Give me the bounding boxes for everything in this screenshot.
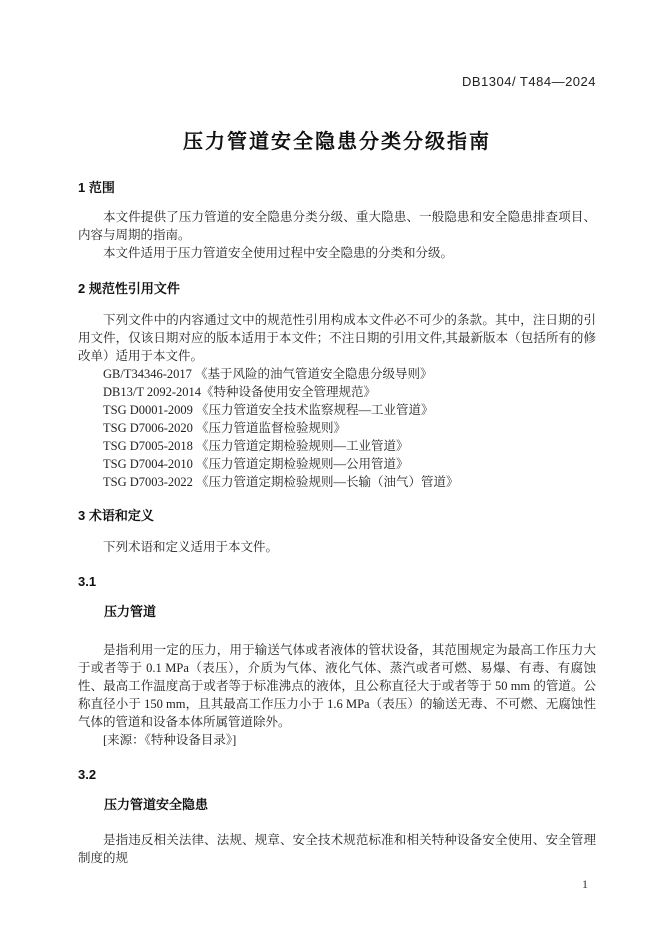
reference-item: TSG D7003-2022 《压力管道定期检验规则—长输（油气）管道》 xyxy=(78,473,596,491)
section-1-paragraph-2: 本文件适用于压力管道安全使用过程中安全隐患的分类和分级。 xyxy=(78,244,596,262)
reference-item: TSG D7005-2018 《压力管道定期检验规则—工业管道》 xyxy=(78,437,596,455)
term-3-1-number: 3.1 xyxy=(78,573,596,590)
document-content: DB1304/ T484—2024 压力管道安全隐患分类分级指南 1 范围 本文… xyxy=(0,74,662,892)
document-page: DB1304/ T484—2024 压力管道安全隐患分类分级指南 1 范围 本文… xyxy=(0,0,662,936)
section-2-heading: 2 规范性引用文件 xyxy=(78,280,596,297)
reference-item: GB/T34346-2017 《基于风险的油气管道安全隐患分级导则》 xyxy=(78,365,596,383)
reference-item: TSG D7006-2020 《压力管道监督检验规则》 xyxy=(78,419,596,437)
reference-item: TSG D0001-2009 《压力管道安全技术监察规程—工业管道》 xyxy=(78,401,596,419)
section-1-paragraph-1: 本文件提供了压力管道的安全隐患分类分级、重大隐患、一般隐患和安全隐患排查项目、内… xyxy=(78,208,596,244)
term-3-1-source: [来源：《特种设备目录》] xyxy=(78,731,596,749)
reference-list: GB/T34346-2017 《基于风险的油气管道安全隐患分级导则》 DB13/… xyxy=(78,365,596,491)
term-3-1-name: 压力管道 xyxy=(78,603,596,621)
section-1-heading: 1 范围 xyxy=(78,179,596,196)
section-3-intro: 下列术语和定义适用于本文件。 xyxy=(78,538,596,556)
document-number: DB1304/ T484—2024 xyxy=(78,74,596,90)
term-3-2-definition: 是指违反相关法律、法规、规章、安全技术规范标准和相关特种设备安全使用、安全管理制… xyxy=(78,831,596,867)
section-3-heading: 3 术语和定义 xyxy=(78,507,596,524)
reference-item: TSG D7004-2010 《压力管道定期检验规则—公用管道》 xyxy=(78,455,596,473)
reference-item: DB13/T 2092-2014《特种设备使用安全管理规范》 xyxy=(78,383,596,401)
section-2-paragraph-1: 下列文件中的内容通过文中的规范性引用构成本文件必不可少的条款。其中，注日期的引用… xyxy=(78,311,596,365)
document-title: 压力管道安全隐患分类分级指南 xyxy=(78,129,596,156)
term-3-2-number: 3.2 xyxy=(78,766,596,783)
page-number: 1 xyxy=(78,876,596,892)
term-3-1-definition: 是指利用一定的压力，用于输送气体或者液体的管状设备，其范围规定为最高工作压力大于… xyxy=(78,641,596,731)
term-3-2-name: 压力管道安全隐患 xyxy=(78,796,596,814)
